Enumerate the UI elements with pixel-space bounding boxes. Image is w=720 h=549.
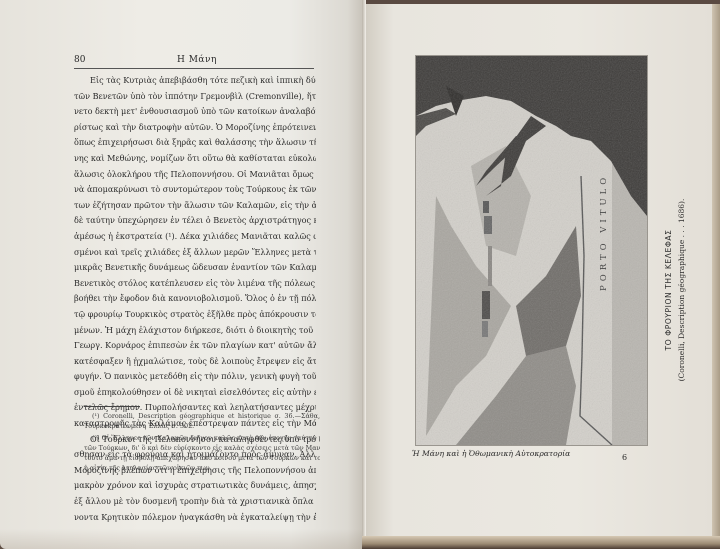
text-line: μένων. Ἡ μάχη ἐλάχιστον διήρκεσε, διότι … [74, 323, 316, 339]
footnote: (²) Οἱ Ἕλληνες τῶν Καλαμῶν διῆγον καλῶς … [84, 433, 320, 473]
text-line: νὰ ἀπομακρύνωσι τὸ συντομώτερον τοὺς Τού… [74, 182, 316, 198]
plate-caption-area: ΤΟ ΦΡΟΥΡΙΟΝ ΤΗΣ ΚΕΛΕΦΑΣ (Coronelli, Desc… [655, 160, 695, 420]
footnote: (¹) Coronelli, Description géographique … [84, 411, 320, 431]
text-line: νετο δεκτὴ μετ' ἐνθουσιασμοῦ ὑπὸ τῶν κατ… [74, 104, 316, 120]
text-line: ὅπως ἐπιχειρήσωσι διὰ ξηρᾶς καὶ θαλάσσης… [74, 135, 316, 151]
page-number: 80 [74, 55, 85, 65]
page-bottom-edge [362, 536, 720, 549]
text-line: ἀμέσως ἡ ἐκστρατεία (¹). Δέκα χιλιάδες Μ… [74, 229, 316, 245]
footnotes: (¹) Coronelli, Description géographique … [84, 411, 320, 475]
running-title: Η Μάνη [177, 55, 217, 65]
plate-caption-source: (Coronelli, Description géographique . .… [677, 199, 686, 382]
text-line: ρίστως καὶ τὴν διατροφὴν αὐτῶν. Ὁ Μοροζί… [74, 120, 316, 136]
plate-caption-title: ΤΟ ΦΡΟΥΡΙΟΝ ΤΗΣ ΚΕΛΕΦΑΣ [664, 199, 673, 382]
text-line: νοντα Κρητικὸν πόλεμον ἠναγκάσθη νὰ ἐγκα… [74, 510, 316, 526]
text-line: βοήθει τὴν ἔφοδον διὰ κανονιοβολισμοῦ. Ὅ… [74, 291, 316, 307]
text-line: μακρὸν χρόνον καὶ ἰσχυρὰς στρατιωτικὰς δ… [74, 478, 316, 494]
footnote-divider [84, 406, 140, 407]
plate-book-title-footer: Ἡ Μάνη καὶ ἡ Ὀθωμανικὴ Αὐτοκρατορία [412, 449, 652, 458]
footnote-line: τοῦτο ἅμα τῇ εἰσβολῇ ἀπεχώρησαν ἀπὸ κοιν… [84, 453, 320, 463]
page-edges [712, 4, 720, 549]
footnote-line: τῶν Τούρκων, δι' ὃ καὶ δὲν εὑρίσκοντο εἰ… [84, 443, 320, 453]
plate-caption: ΤΟ ΦΡΟΥΡΙΟΝ ΤΗΣ ΚΕΛΕΦΑΣ (Coronelli, Desc… [664, 199, 686, 382]
plate-illustration: PORTO VITULO [415, 55, 648, 446]
footnote-line: (²) Οἱ Ἕλληνες τῶν Καλαμῶν διῆγον καλῶς … [84, 433, 320, 443]
plate-number: 6 [622, 453, 627, 462]
text-line: νης καὶ Μεθώνης, νομίζων ὅτι οὕτω θὰ καθ… [74, 151, 316, 167]
text-line: Εἰς τὰς Κυτριὰς ἀπεβιβάσθη τότε πεζικὴ κ… [74, 73, 316, 89]
text-line: τῷ φρουρίῳ Τουρκικὸς στρατὸς ἐξῆλθε πρὸς… [74, 307, 316, 323]
text-line: ἅλωσις ὁλοκλήρου τῆς Πελοποννήσου. Οἱ Μα… [74, 167, 316, 183]
running-header: 80 Η Μάνη [74, 54, 314, 69]
text-line: των ἐζήτησαν πρῶτον τὴν ἅλωσιν τῶν Καλαμ… [74, 198, 316, 214]
text-line: Βενετικὸς στόλος κατέπλευσεν εἰς τὸν λιμ… [74, 276, 316, 292]
left-book-page: 80 Η Μάνη Εἰς τὰς Κυτριὰς ἀπεβιβάσθη τότ… [0, 0, 362, 549]
footnote-line: Τουρκοκρατουμένη Ἑλλὰς σ. 302. [84, 421, 320, 431]
text-line: ἐξ ἄλλου μὲ τὸν δυσμενῆ τροπὴν διὰ τὰ χρ… [74, 494, 316, 510]
text-line: κατέσφαξεν ἢ ᾐχμαλώτισε, τοὺς δὲ λοιποὺς… [74, 354, 316, 370]
text-line: τῶν Βενετῶν ὑπὸ τὸν ἱππότην Γρεμονβὶλ (C… [74, 89, 316, 105]
text-line: δὲ ταύτην ὑπεχώρησεν ἐν τέλει ὁ Βενετὸς … [74, 213, 316, 229]
footnote-line: (¹) Coronelli, Description géographique … [84, 411, 320, 421]
fortress-engraving-image: PORTO VITULO [416, 56, 647, 445]
text-line: σμένοι καὶ τρεῖς χιλιάδες ἐξ ἄλλων μερῶν… [74, 245, 316, 261]
text-line: σμοῦ ἐπηκολούθησεν οἱ δὲ νικηταὶ εἰσελθό… [74, 385, 316, 401]
footnote-line: ἡ αἰτία τῆς λεηλασίας τῶν οἰκιῶν των. [84, 463, 320, 473]
text-line: μικρᾶς Βενετικῆς δυνάμεως ὥδευσαν ἐναντί… [74, 260, 316, 276]
text-line: Γεωργ. Κορνάρος ἐπιπεσὼν ἐκ τῶν πλαγίων … [74, 338, 316, 354]
text-line: φυγήν. Ὁ πανικὸς μετεδόθη εἰς τὴν πόλιν,… [74, 369, 316, 385]
